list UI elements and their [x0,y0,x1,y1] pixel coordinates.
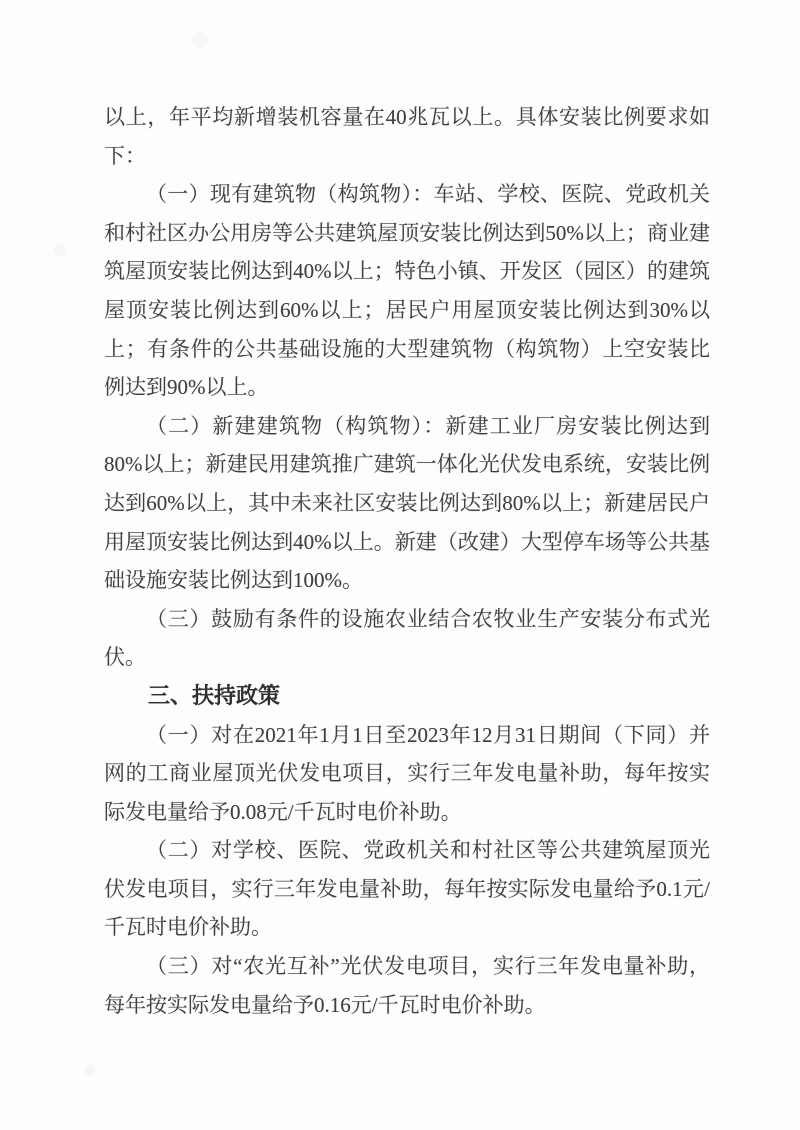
paragraph-existing-buildings: （一）现有建筑物（构筑物）：车站、学校、医院、党政机关和村社区办公用房等公共建筑… [104,175,710,407]
paragraph-new-buildings: （二）新建建筑物（构筑物）：新建工业厂房安装比例达到80%以上；新建民用建筑推广… [104,407,710,600]
paragraph-agriculture-pv: （三）鼓励有条件的设施农业结合农牧业生产安装分布式光伏。 [104,600,710,677]
document-content: 以上，年平均新增装机容量在40兆瓦以上。具体安装比例要求如下： （一）现有建筑物… [104,98,710,1024]
section-heading-support-policy: 三、扶持政策 [104,677,710,716]
paragraph-subsidy-commercial: （一）对在2021年1月1日至2023年12月31日期间（下同）并网的工商业屋顶… [104,716,710,832]
paragraph-subsidy-public-buildings: （二）对学校、医院、党政机关和村社区等公共建筑屋顶光伏发电项目，实行三年发电量补… [104,831,710,947]
paragraph-subsidy-agrivoltaic: （三）对“农光互补”光伏发电项目，实行三年发电量补助，每年按实际发电量给予0.1… [104,947,710,1024]
document-page: 以上，年平均新增装机容量在40兆瓦以上。具体安装比例要求如下： （一）现有建筑物… [0,0,800,1130]
paragraph-intro-continuation: 以上，年平均新增装机容量在40兆瓦以上。具体安装比例要求如下： [104,98,710,175]
